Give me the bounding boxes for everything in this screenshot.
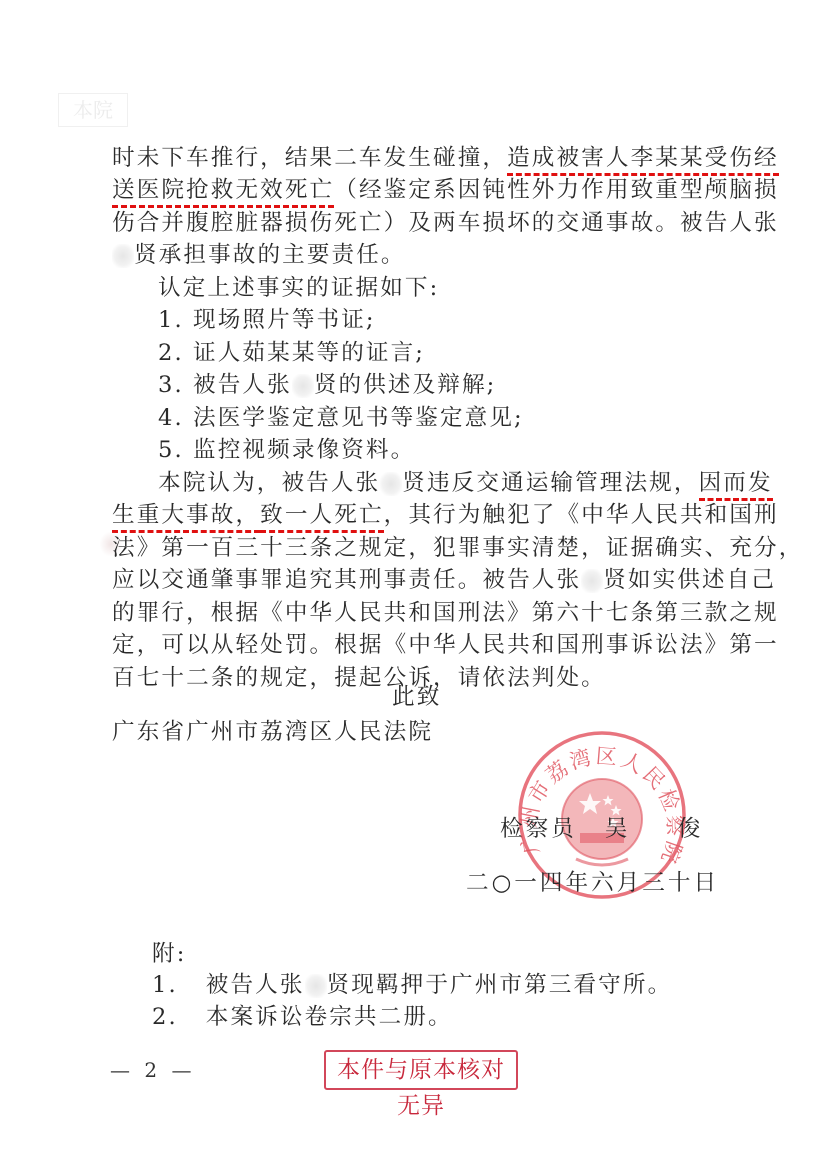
verification-stamp: 本件与原本核对无异 (324, 1050, 518, 1090)
text: 本院认为，被告人张 (158, 470, 380, 496)
red-underlined-text: 送医院抢救无效死亡 (112, 177, 334, 203)
recipient-court: 广东省广州市荔湾区人民法院 (112, 718, 433, 746)
red-underlined-text: 致一人死亡 (260, 502, 383, 528)
redacted-name (380, 472, 402, 496)
text: 贤现羁押于广州市第三看守所。 (327, 972, 673, 998)
paragraph-line: 时未下车推行，结果二车发生碰撞，造成被害人李某某受伤经 (112, 144, 779, 172)
red-underlined-text: 生重大事故， (112, 502, 260, 528)
evidence-item: 5. 监控视频录像资料。 (158, 436, 415, 464)
evidence-item: 4. 法医学鉴定意见书等鉴定意见; (158, 404, 524, 432)
signer: 检察员吴 俊 (500, 815, 712, 843)
attachment-item: 2.本案诉讼卷宗共二册。 (152, 1003, 453, 1031)
text: 贤违反交通运输管理法规， (402, 470, 698, 496)
text: 贤承担事故的主要责任。 (134, 242, 406, 268)
page-number: — 2 — (110, 1058, 195, 1082)
redacted-name (292, 374, 314, 398)
paragraph-line: 生重大事故，致一人死亡，其行为触犯了《中华人民共和国刑 (112, 501, 779, 529)
text: 本案诉讼卷宗共二册。 (206, 1004, 453, 1030)
text: 被告人张 (206, 972, 305, 998)
signer-title: 检察员 (500, 816, 577, 842)
text: 应以交通肇事罪追究其刑事责任。被告人张 (112, 567, 581, 593)
text: 时未下车推行，结果二车发生碰撞， (112, 145, 507, 171)
paragraph-line: 百七十二条的规定，提起公诉，请依法判处。 (112, 664, 606, 692)
text: 贤的供述及辩解; (314, 372, 497, 398)
redacted-name (581, 569, 603, 593)
attachment-number: 2. (152, 1004, 178, 1030)
signer-name: 吴 俊 (605, 816, 713, 842)
redacted-name (305, 974, 327, 998)
text: （经鉴定系因钝性外力作用致重型颅脑损 (334, 177, 779, 203)
document-date: 二○一四年六月三十日 (466, 869, 719, 897)
evidence-item: 2. 证人茹某某等的证言; (158, 339, 425, 367)
paragraph-line: 本院认为，被告人张贤违反交通运输管理法规，因而发 (158, 469, 773, 497)
redacted-name (112, 244, 134, 268)
paragraph-line: 的罪行，根据《中华人民共和国刑法》第六十七条第三款之规 (112, 599, 779, 627)
paragraph-line: 伤合并腹腔脏器损伤死亡）及两车损坏的交通事故。被告人张 (112, 209, 779, 237)
red-underlined-text: 因而发 (699, 470, 773, 496)
attachment-item: 1.被告人张贤现羁押于广州市第三看守所。 (152, 971, 672, 999)
evidence-intro: 认定上述事实的证据如下: (158, 274, 439, 302)
evidence-item: 1. 现场照片等书证; (158, 306, 376, 334)
red-underlined-text: 造成被害人李某某受伤经 (507, 145, 779, 171)
paragraph-line: 送医院抢救无效死亡（经鉴定系因钝性外力作用致重型颅脑损 (112, 176, 779, 204)
salutation: 此致 (392, 683, 441, 711)
paragraph-line: 贤承担事故的主要责任。 (112, 241, 406, 269)
text: ，其行为触犯了《中华人民共和国刑 (384, 502, 779, 528)
paragraph-line: 应以交通肇事罪追究其刑事责任。被告人张贤如实供述自己 (112, 566, 776, 594)
attachment-number: 1. (152, 972, 178, 998)
paragraph-line: 法》第一百三十三条之规定，犯罪事实清楚，证据确实、充分， (112, 534, 803, 562)
attachments-heading: 附: (152, 940, 186, 968)
paragraph-line: 定，可以从轻处罚。根据《中华人民共和国刑事诉讼法》第一 (112, 631, 779, 659)
text: 贤如实供述自己 (603, 567, 776, 593)
document-page: 本院 时未下车推行，结果二车发生碰撞，造成被害人李某某受伤经 送医院抢救无效死亡… (0, 0, 827, 1169)
evidence-item: 3. 被告人张贤的供述及辩解; (158, 371, 496, 399)
text: 3. 被告人张 (158, 372, 292, 398)
faint-header-mark: 本院 (58, 93, 128, 127)
